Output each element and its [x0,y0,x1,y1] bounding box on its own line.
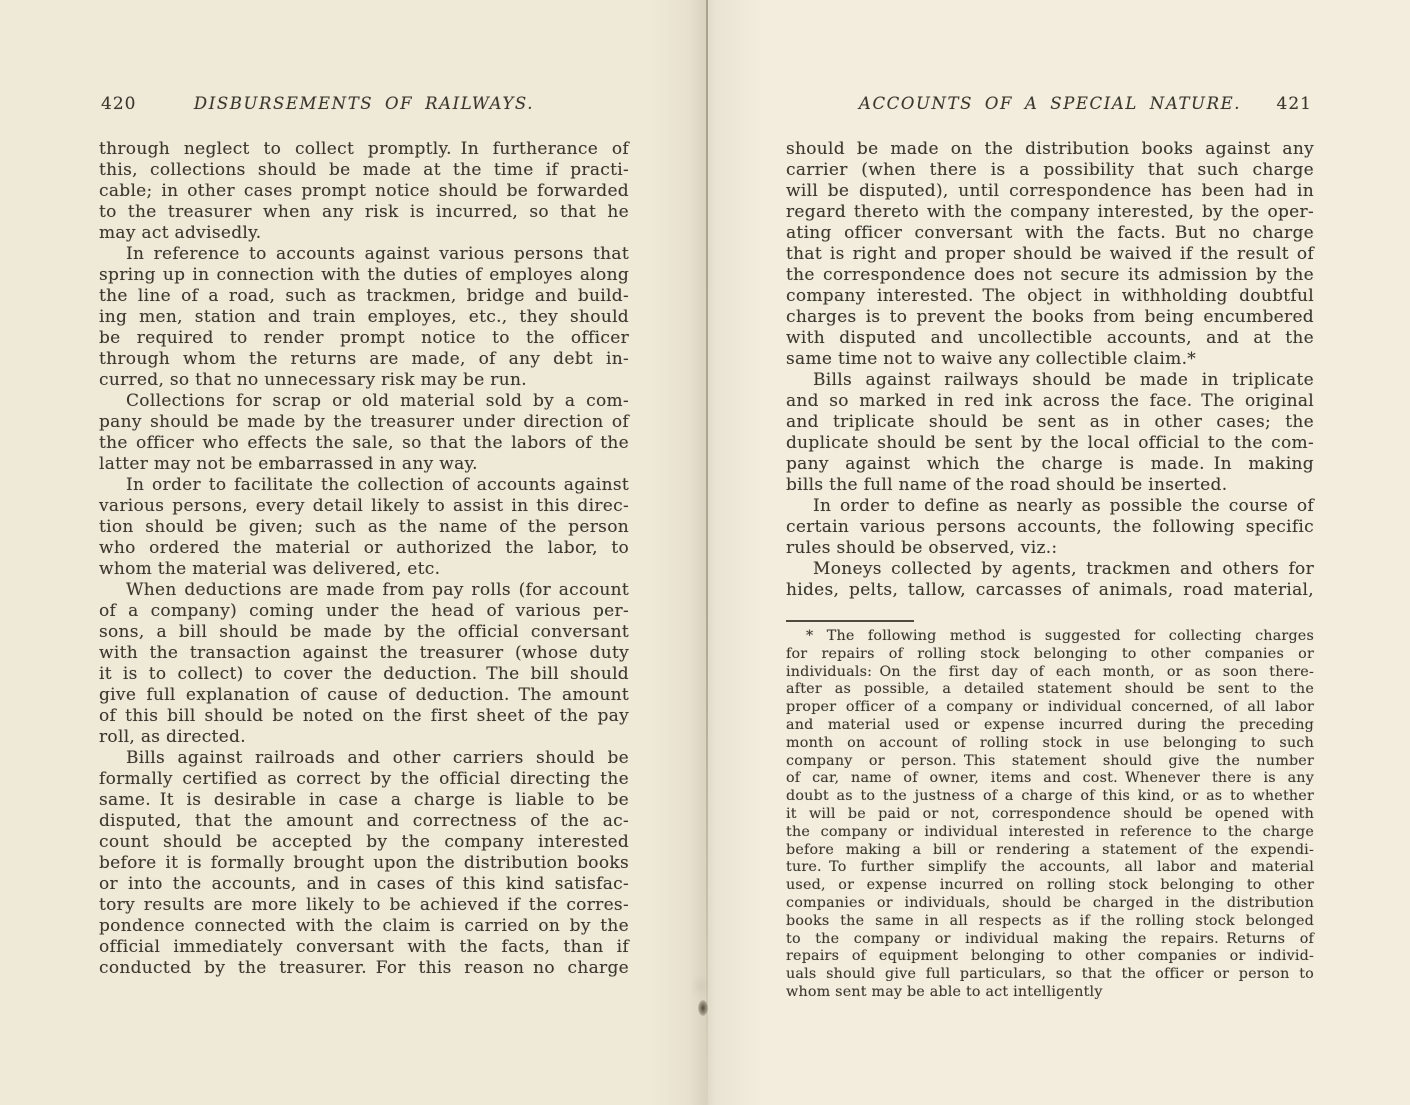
text-line: should be made on the distribution books… [786,139,1314,160]
text-line: Bills against railways should be made in… [786,370,1314,391]
text-line: this, collections should be made at the … [99,160,629,181]
text-line: count should be accepted by the company … [99,832,629,853]
text-line: tion should be given; such as the name o… [99,517,629,538]
left-page-number: 420 [101,94,136,114]
left-page: 420 DISBURSEMENTS OF RAILWAYS. through n… [0,0,706,1105]
paragraph: Moneys collected by agents, trackmen and… [786,559,1314,601]
book-spread: 420 DISBURSEMENTS OF RAILWAYS. through n… [0,0,1410,1105]
text-line: and so marked in red ink across the face… [786,391,1314,412]
paragraph: through neglect to collect promptly. In … [99,139,629,244]
text-line: rules should be observed, viz.: [786,538,1314,559]
paragraph: In order to define as nearly as possible… [786,496,1314,559]
text-line: * The following method is suggested for … [786,628,1314,646]
text-line: carrier (when there is a possibility tha… [786,160,1314,181]
text-line: doubt as to the justness of a charge of … [786,788,1314,806]
text-line: uals should give full particulars, so th… [786,966,1314,984]
text-line: with disputed and uncollectible accounts… [786,328,1314,349]
text-line: duplicate should be sent by the local of… [786,433,1314,454]
text-line: the correspondence does not secure its a… [786,265,1314,286]
paragraph: In order to facilitate the collection of… [99,475,629,580]
text-line: In order to define as nearly as possible… [786,496,1314,517]
text-line: the officer who effects the sale, so tha… [99,433,629,454]
left-page-body: through neglect to collect promptly. In … [99,139,629,979]
text-line: before making a bill or rendering a stat… [786,842,1314,860]
paragraph: In reference to accounts against various… [99,244,629,391]
text-line: pany against which the charge is made. I… [786,454,1314,475]
text-line: Bills against railroads and other carrie… [99,748,629,769]
text-line: be required to render prompt notice to t… [99,328,629,349]
text-line: hides, pelts, tallow, carcasses of anima… [786,580,1314,601]
left-running-title: DISBURSEMENTS OF RAILWAYS. [99,94,629,113]
text-line: proper officer of a company or individua… [786,699,1314,717]
text-line: ture. To further simplify the accounts, … [786,859,1314,877]
text-line: and material used or expense incurred du… [786,717,1314,735]
text-line: individuals: On the first day of each mo… [786,664,1314,682]
text-line: regard thereto with the company interest… [786,202,1314,223]
text-line: Moneys collected by agents, trackmen and… [786,559,1314,580]
text-line: spring up in connection with the duties … [99,265,629,286]
text-line: companies or individuals, should be char… [786,895,1314,913]
text-line: through neglect to collect promptly. In … [99,139,629,160]
text-line: sons, a bill should be made by the offic… [99,622,629,643]
text-line: disputed, that the amount and correctnes… [99,811,629,832]
text-line: to the treasurer when any risk is incurr… [99,202,629,223]
text-line: official immediately conversant with the… [99,937,629,958]
text-line: that is right and proper should be waive… [786,244,1314,265]
right-page: ACCOUNTS OF A SPECIAL NATURE. 421 should… [706,0,1410,1105]
left-page-header: 420 DISBURSEMENTS OF RAILWAYS. [99,94,629,118]
paragraph: should be made on the distribution books… [786,139,1314,370]
text-line: pany should be made by the treasurer und… [99,412,629,433]
text-line: Collections for scrap or old material so… [99,391,629,412]
text-line: tory results are more likely to be achie… [99,895,629,916]
text-line: latter may not be embarrassed in any way… [99,454,629,475]
text-line: it is to collect) to cover the deduction… [99,664,629,685]
text-line: ating officer conversant with the facts.… [786,223,1314,244]
paragraph: Collections for scrap or old material so… [99,391,629,475]
text-line: for repairs of rolling stock belonging t… [786,646,1314,664]
footnote-rule [786,620,914,622]
text-line: ing men, station and train employes, etc… [99,307,629,328]
text-line: with the transaction against the treasur… [99,643,629,664]
paragraph: When deductions are made from pay rolls … [99,580,629,748]
text-line: and triplicate should be sent as in othe… [786,412,1314,433]
text-line: will be disputed), until correspondence … [786,181,1314,202]
paragraph: Bills against railroads and other carrie… [99,748,629,979]
text-line: or into the accounts, and in cases of th… [99,874,629,895]
text-line: who ordered the material or authorized t… [99,538,629,559]
text-line: curred, so that no unnecessary risk may … [99,370,629,391]
right-page-header: ACCOUNTS OF A SPECIAL NATURE. 421 [786,94,1314,118]
text-line: of this bill should be noted on the firs… [99,706,629,727]
text-line: after as possible, a detailed statement … [786,681,1314,699]
text-line: books the same in all respects as if the… [786,913,1314,931]
text-line: used, or expense incurred on rolling sto… [786,877,1314,895]
text-line: certain various persons accounts, the fo… [786,517,1314,538]
text-line: conducted by the treasurer. For this rea… [99,958,629,979]
text-line: same time not to waive any collectible c… [786,349,1314,370]
text-line: bills the full name of the road should b… [786,475,1314,496]
text-line: the company or individual interested in … [786,824,1314,842]
text-line: may act advisedly. [99,223,629,244]
text-line: same. It is desirable in case a charge i… [99,790,629,811]
right-running-title: ACCOUNTS OF A SPECIAL NATURE. [786,94,1314,113]
text-line: to the company or individual making the … [786,931,1314,949]
text-line: whom sent may be able to act intelligent… [786,984,1314,1002]
footnote: * The following method is suggested for … [786,628,1314,1002]
text-line: it will be paid or not, correspondence s… [786,806,1314,824]
text-line: charges is to prevent the books from bei… [786,307,1314,328]
text-line: give full explanation of cause of deduct… [99,685,629,706]
text-line: formally certified as correct by the off… [99,769,629,790]
text-line: various persons, every detail likely to … [99,496,629,517]
gutter-speck [698,1000,708,1016]
text-line: In order to facilitate the collection of… [99,475,629,496]
right-page-number: 421 [1277,94,1312,114]
text-line: company or person. This statement should… [786,753,1314,771]
text-line: cable; in other cases prompt notice shou… [99,181,629,202]
text-line: month on account of rolling stock in use… [786,735,1314,753]
text-line: of a company) coming under the head of v… [99,601,629,622]
right-page-body: should be made on the distribution books… [786,139,1314,601]
text-line: before it is formally brought upon the d… [99,853,629,874]
text-line: through whom the returns are made, of an… [99,349,629,370]
text-line: In reference to accounts against various… [99,244,629,265]
text-line: of car, name of owner, items and cost. W… [786,770,1314,788]
paragraph: Bills against railways should be made in… [786,370,1314,496]
text-line: When deductions are made from pay rolls … [99,580,629,601]
text-line: whom the material was delivered, etc. [99,559,629,580]
text-line: the line of a road, such as trackmen, br… [99,286,629,307]
text-line: roll, as directed. [99,727,629,748]
text-line: company interested. The object in withho… [786,286,1314,307]
text-line: pondence connected with the claim is car… [99,916,629,937]
text-line: repairs of equipment belonging to other … [786,948,1314,966]
